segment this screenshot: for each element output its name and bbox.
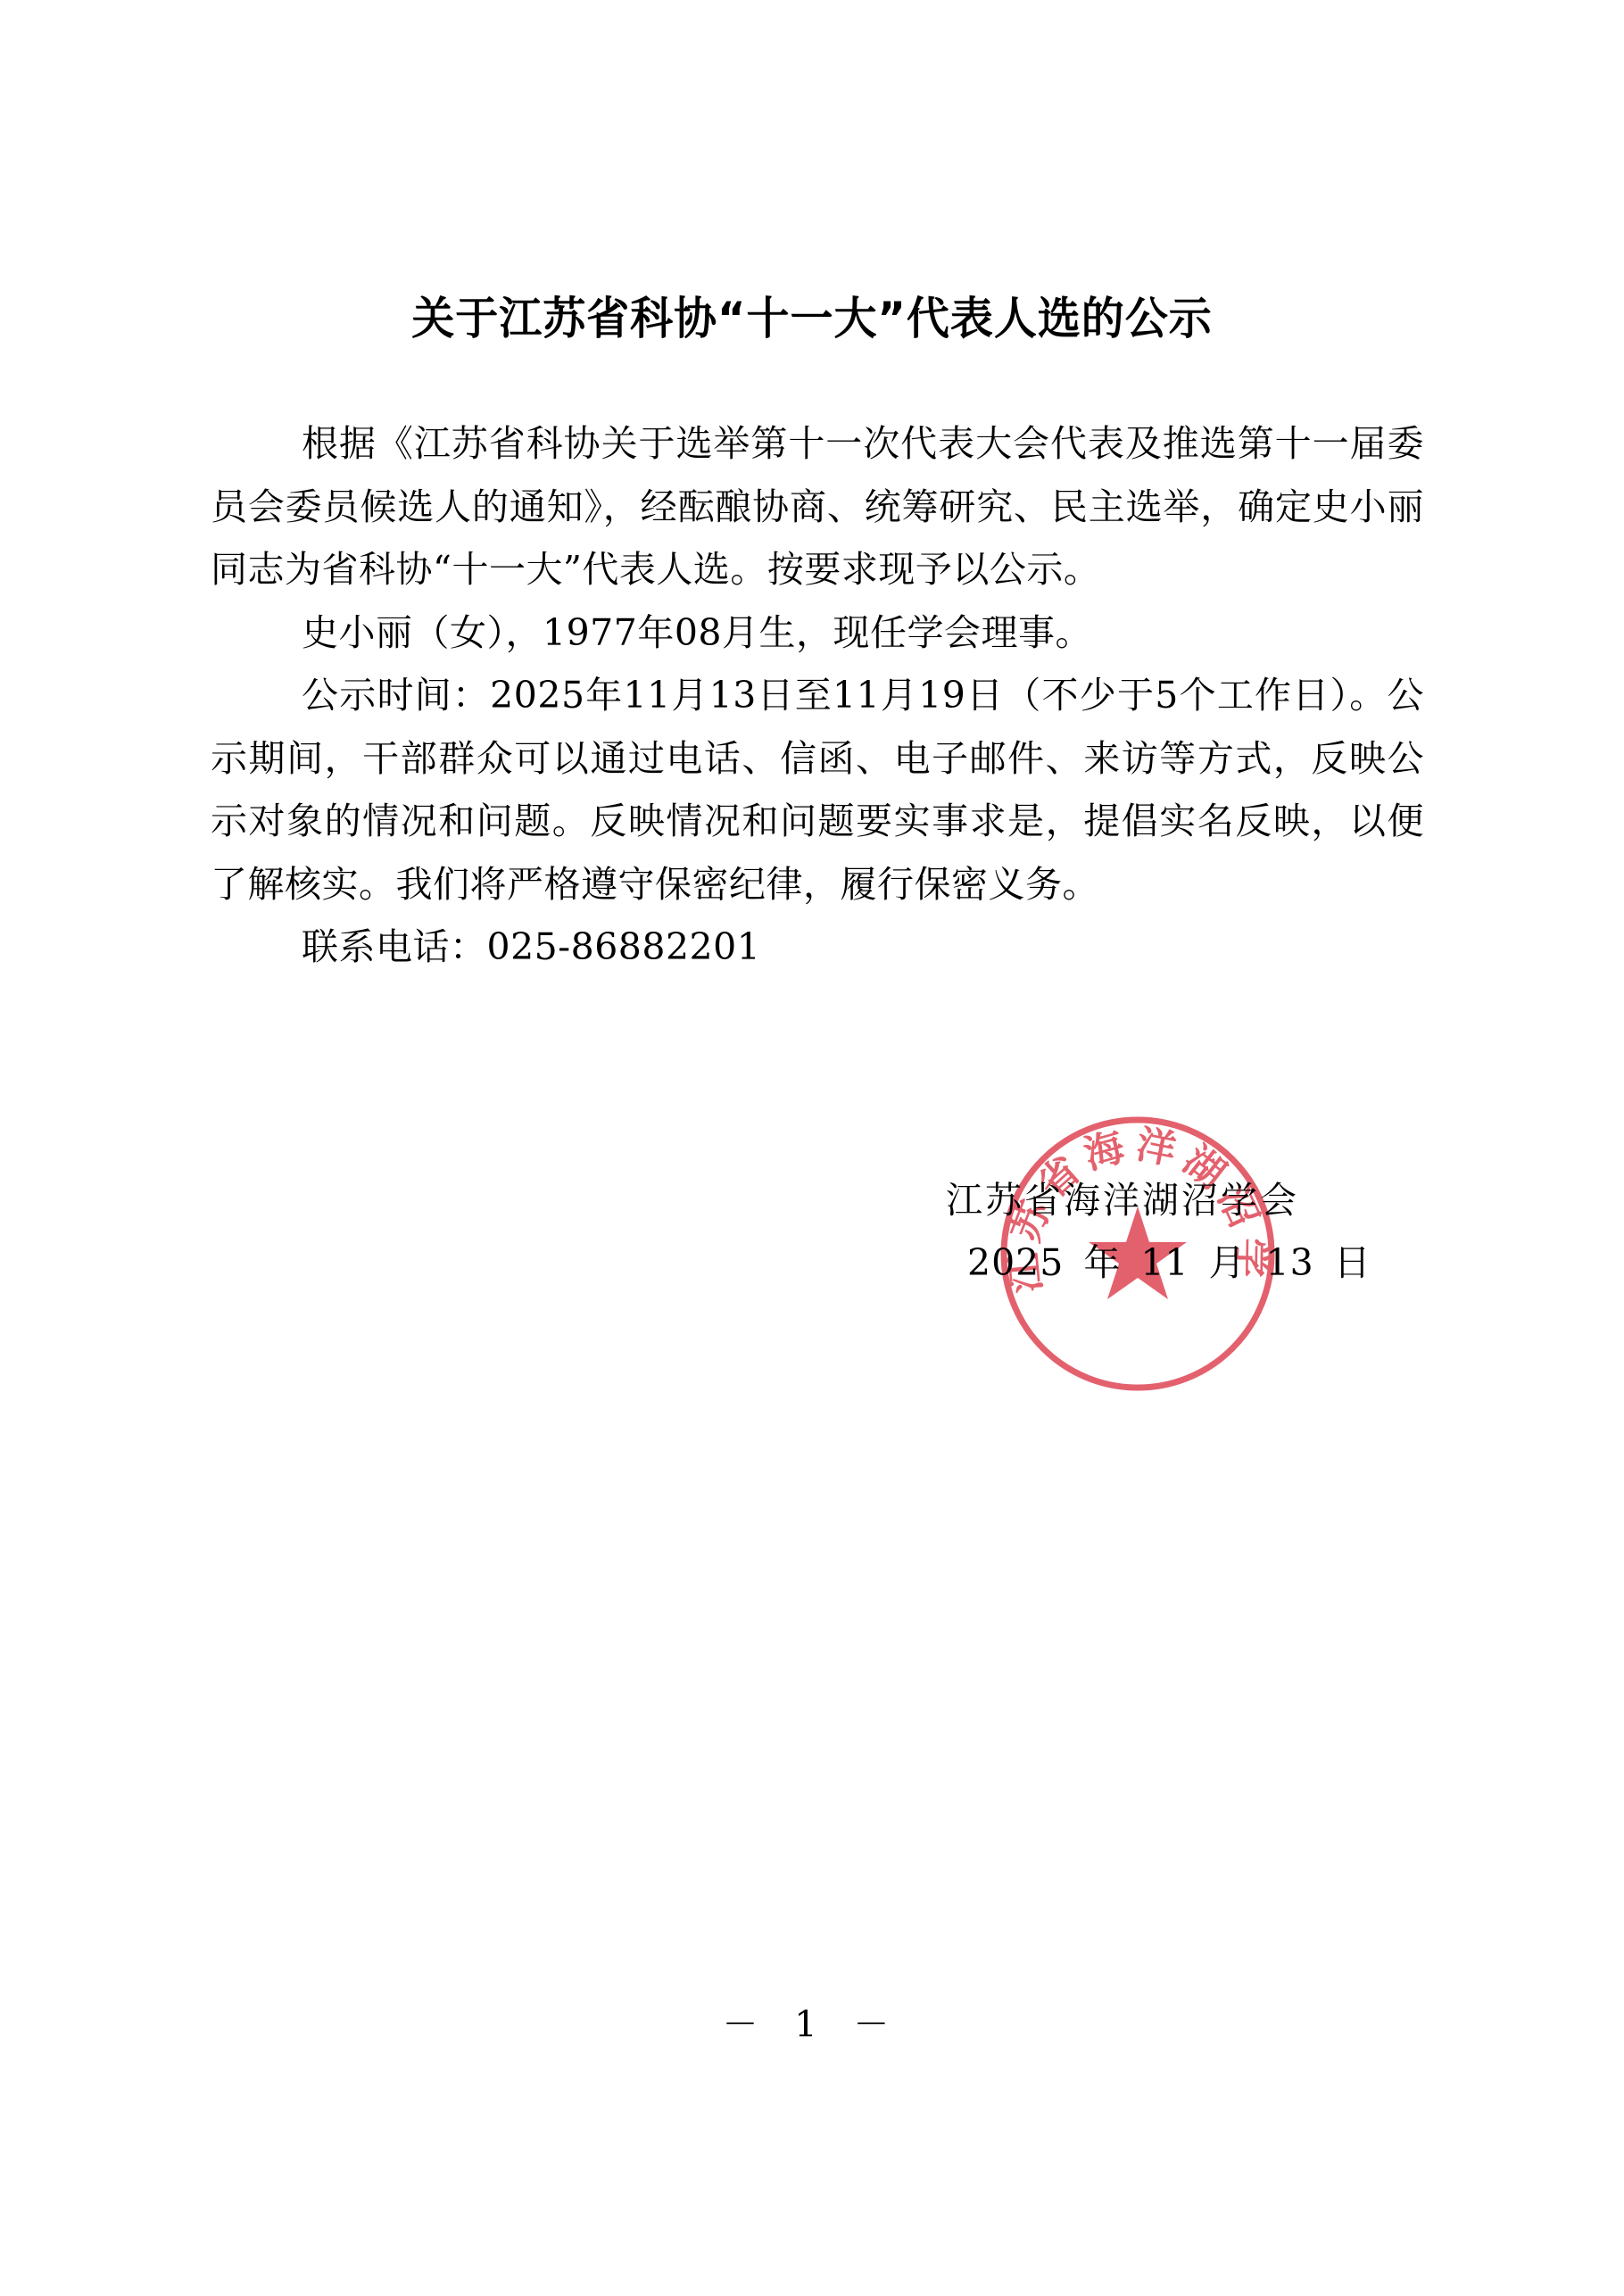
document-body: 根据《江苏省科协关于选举第十一次代表大会代表及推选第十一届委员会委员候选人的通知… [211, 412, 1424, 979]
date-month-unit: 月 [1209, 1241, 1247, 1284]
date-year: 2025 [967, 1241, 1064, 1284]
page-number: － 1 － [0, 2002, 1624, 2047]
date-month: 11 [1140, 1241, 1189, 1284]
paragraph-candidate-info: 史小丽（女），1977年08月生，现任学会理事。 [211, 601, 1424, 665]
date-year-unit: 年 [1083, 1241, 1121, 1284]
date-day: 13 [1266, 1241, 1314, 1284]
date-day-unit: 日 [1334, 1241, 1371, 1284]
signature-organization: 江苏省海洋湖沼学会 [946, 1169, 1391, 1231]
signature-date: 2025年11月13日 [946, 1231, 1391, 1294]
paragraph-basis: 根据《江苏省科协关于选举第十一次代表大会代表及推选第十一届委员会委员候选人的通知… [211, 412, 1424, 601]
signature-block: 江苏省海洋湖沼学会 2025年11月13日 [946, 1169, 1391, 1294]
paragraph-contact-phone: 联系电话：025-86882201 [211, 916, 1424, 979]
paragraph-publicity-period: 公示时间：2025年11月13日至11月19日（不少于5个工作日）。公示期间，干… [211, 664, 1424, 916]
document-page: 关于江苏省科协“十一大”代表人选的公示 根据《江苏省科协关于选举第十一次代表大会… [0, 0, 1624, 2296]
document-title: 关于江苏省科协“十一大”代表人选的公示 [32, 287, 1591, 350]
